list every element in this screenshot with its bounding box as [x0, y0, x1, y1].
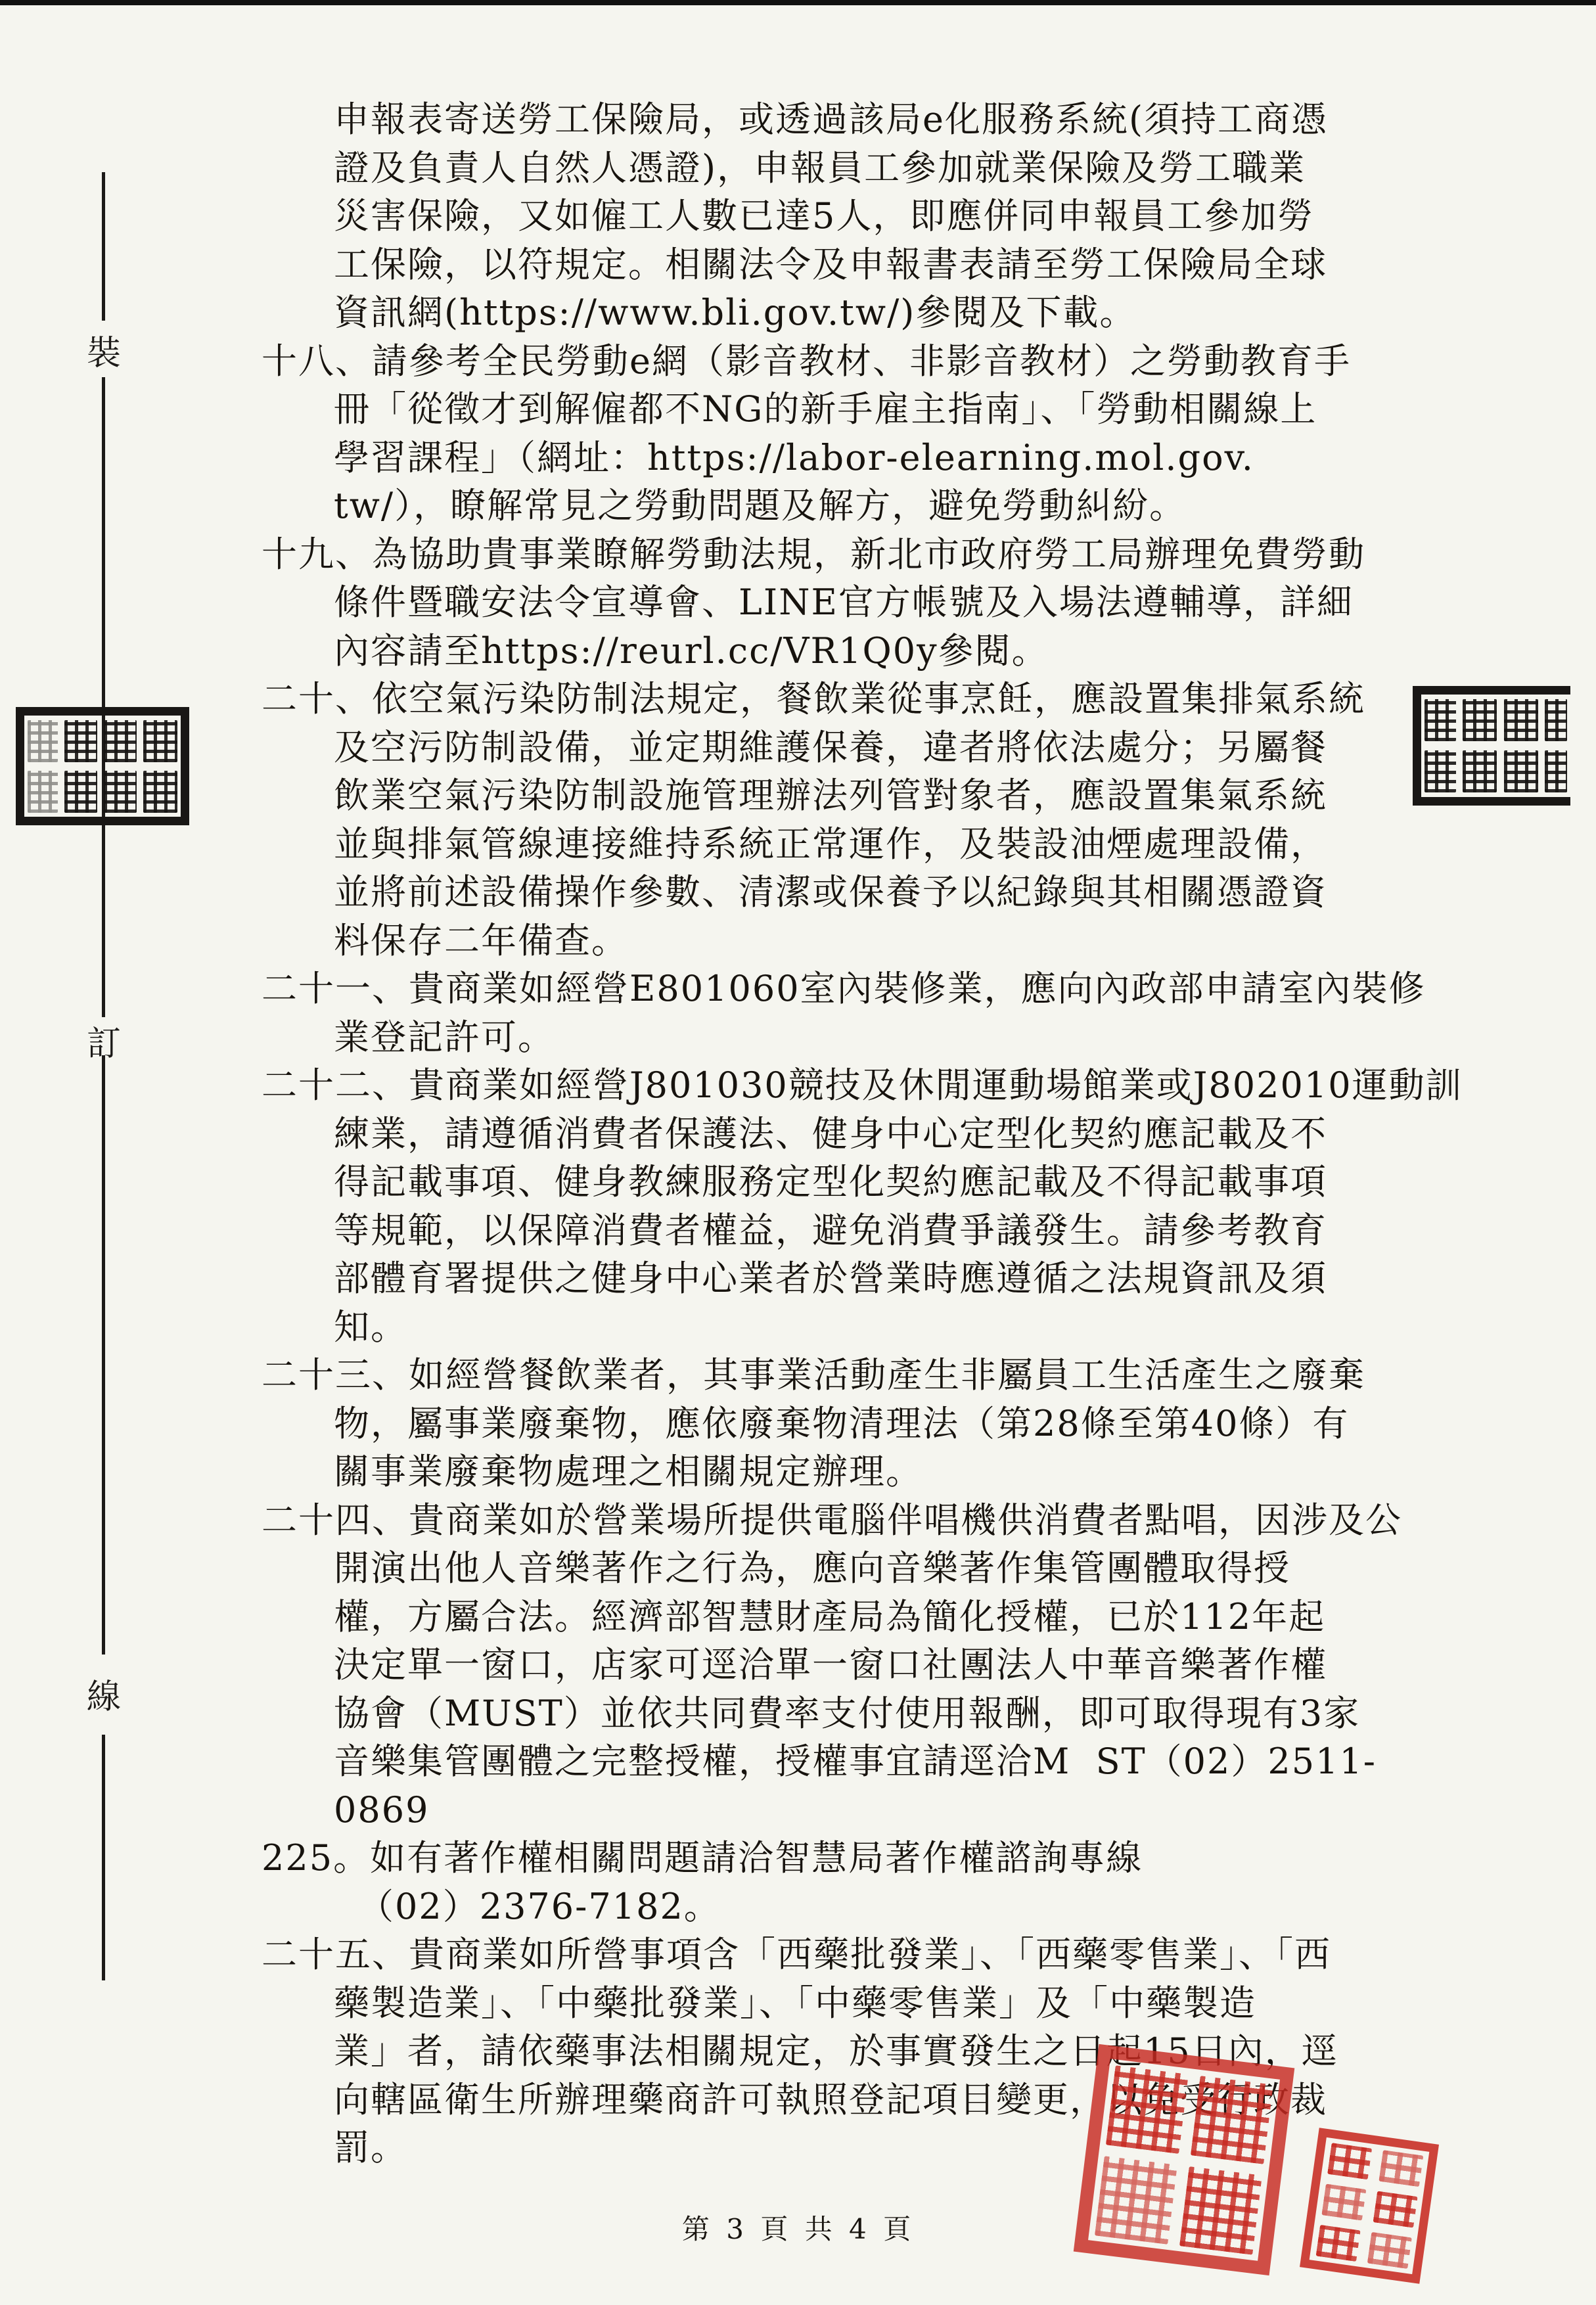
text-line: 罰。 — [334, 2127, 407, 2169]
text-line: 225。如有著作權相關問題請洽智慧局著作權諮詢專線 — [262, 1837, 1143, 1879]
text-line: 二十一、貴商業如經營E801060室內裝修業，應向內政部申請室內裝修 — [262, 968, 1426, 1010]
text-line: 並將前述設備操作參數、清潔或保養予以紀錄與其相關憑證資 — [334, 871, 1327, 913]
binding-line — [102, 172, 105, 321]
text-line: 決定單一窗口，店家可逕洽單一窗口社團法人中華音樂著作權 — [334, 1644, 1327, 1686]
binding-line — [102, 377, 105, 1017]
text-line: 關事業廢棄物處理之相關規定辦理。 — [334, 1451, 923, 1493]
text-line: tw/），瞭解常見之勞動問題及解方，避免勞動糾紛。 — [334, 485, 1186, 527]
text-line: 開演出他人音樂著作之行為，應向音樂著作集管團體取得授 — [334, 1547, 1290, 1589]
black-boundary-seal-right-icon — [1413, 686, 1570, 806]
text-line: 飲業空氣污染防制設施管理辦法列管對象者，應設置集氣系統 — [334, 775, 1327, 817]
text-line: 申報表寄送勞工保險局，或透過該局e化服務系統(須持工商憑 — [334, 99, 1328, 141]
black-boundary-seal-left-icon — [16, 707, 189, 825]
text-line: 協會（MUST）並依共同費率支付使用報酬，即可取得現有3家 — [334, 1693, 1360, 1735]
text-line: 及空污防制設備，並定期維護保養，違者將依法處分；另屬餐 — [334, 727, 1327, 769]
seal-glyphs — [1421, 695, 1570, 797]
text-line: 並與排氣管線連接維持系統正常運作，及裝設油煙處理設備， — [334, 823, 1327, 865]
scan-edge-artifact — [0, 0, 1596, 5]
text-line: 二十二、貴商業如經營J801030競技及休閒運動場館業或J802010運動訓 — [262, 1064, 1463, 1107]
text-line: 練業，請遵循消費者保護法、健身中心定型化契約應記載及不 — [334, 1113, 1327, 1155]
text-line: 物，屬事業廢棄物，應依廢棄物清理法（第28條至第40條）有 — [334, 1403, 1349, 1445]
binding-mark-zhuang: 裝 — [83, 325, 125, 375]
text-line: 二十、依空氣污染防制法規定，餐飲業從事烹飪，應設置集排氣系統 — [262, 678, 1365, 720]
text-line: （02）2376-7182。 — [358, 1886, 721, 1928]
text-line: 二十四、貴商業如於營業場所提供電腦伴唱機供消費者點唱，因涉及公 — [262, 1499, 1402, 1541]
text-line: 冊「從徵才到解僱都不NG的新手雇主指南」、「勞動相關線上 — [334, 388, 1317, 430]
text-line: 二十五、貴商業如所營事項含「西藥批發業」、「西藥零售業」、「西 — [262, 1934, 1331, 1976]
text-line: 二十三、如經營餐飲業者，其事業活動產生非屬員工生活產生之廢棄 — [262, 1354, 1365, 1396]
text-line: 業登記許可。 — [334, 1016, 555, 1059]
page-number-footer: 第 3 頁 共 4 頁 — [682, 2208, 915, 2247]
text-line: 得記載事項、健身教練服務定型化契約應記載及不得記載事項 — [334, 1161, 1327, 1203]
text-line: 權，方屬合法。經濟部智慧財產局為簡化授權，已於112年起 — [334, 1596, 1325, 1638]
text-line: 部體育署提供之健身中心業者於營業時應遵循之法規資訊及須 — [334, 1258, 1327, 1300]
text-line: 十八、請參考全民勞動e網（影音教材、非影音教材）之勞動教育手 — [262, 340, 1351, 382]
seal-glyphs — [24, 716, 181, 817]
text-line: 知。 — [334, 1306, 407, 1348]
text-line: 十九、為協助貴事業瞭解勞動法規，新北市政府勞工局辦理免費勞動 — [262, 534, 1365, 576]
text-line: 料保存二年備查。 — [334, 920, 628, 962]
scanned-document-page: 裝 訂 線 申報表寄送勞工保險局，或透過該局e化服務系統(須持工商憑證及負責 — [0, 0, 1596, 2305]
binding-mark-xian: 線 — [83, 1669, 125, 1718]
red-seal-large-icon — [1074, 2044, 1295, 2275]
text-line: 工保險，以符規定。相關法令及申報書表請至勞工保險局全球 — [334, 244, 1327, 286]
binding-mark-ding: 訂 — [83, 1016, 125, 1065]
text-line: 內容請至https://reurl.cc/VR1Q0y參閱。 — [334, 630, 1049, 672]
text-line: 0869 — [334, 1789, 429, 1831]
text-line: 條件暨職安法令宣導會、LINE官方帳號及入場法遵輔導，詳細 — [334, 582, 1354, 624]
red-seal-small-icon — [1300, 2128, 1439, 2284]
text-line: 藥製造業」、「中藥批發業」、「中藥零售業」及「中藥製造 — [334, 1982, 1256, 2024]
text-line: 證及負責人自然人憑證)，申報員工參加就業保險及勞工職業 — [334, 147, 1306, 189]
text-line: 音樂集管團體之完整授權，授權事宜請逕洽M ST（02）2511- — [334, 1741, 1377, 1783]
binding-line — [102, 1735, 105, 1980]
text-line: 資訊網(https://www.bli.gov.tw/)參閱及下載。 — [334, 292, 1136, 334]
binding-line — [102, 1055, 105, 1655]
text-line: 等規範，以保障消費者權益，避免消費爭議發生。請參考教育 — [334, 1210, 1327, 1252]
text-line: 災害保險，又如僱工人數已達5人，即應併同申報員工參加勞 — [334, 195, 1314, 237]
text-line: 學習課程」（網址：https://labor-elearning.mol.gov… — [334, 437, 1254, 479]
